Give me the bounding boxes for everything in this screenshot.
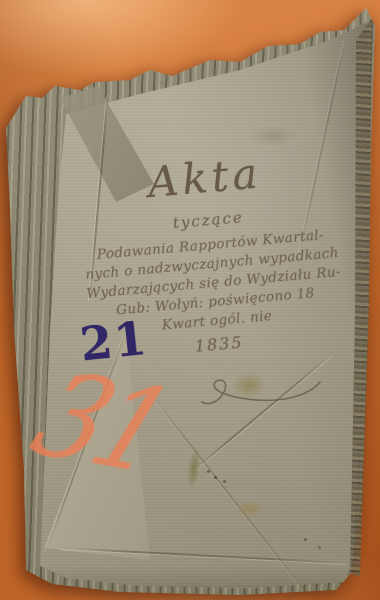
ink-flourish-icon — [196, 372, 326, 414]
ink-specks — [214, 476, 217, 479]
stain — [236, 500, 264, 518]
table-surface: Akta tyczące Podawania Rapportów Kwartal… — [0, 0, 380, 600]
stain — [250, 126, 296, 146]
